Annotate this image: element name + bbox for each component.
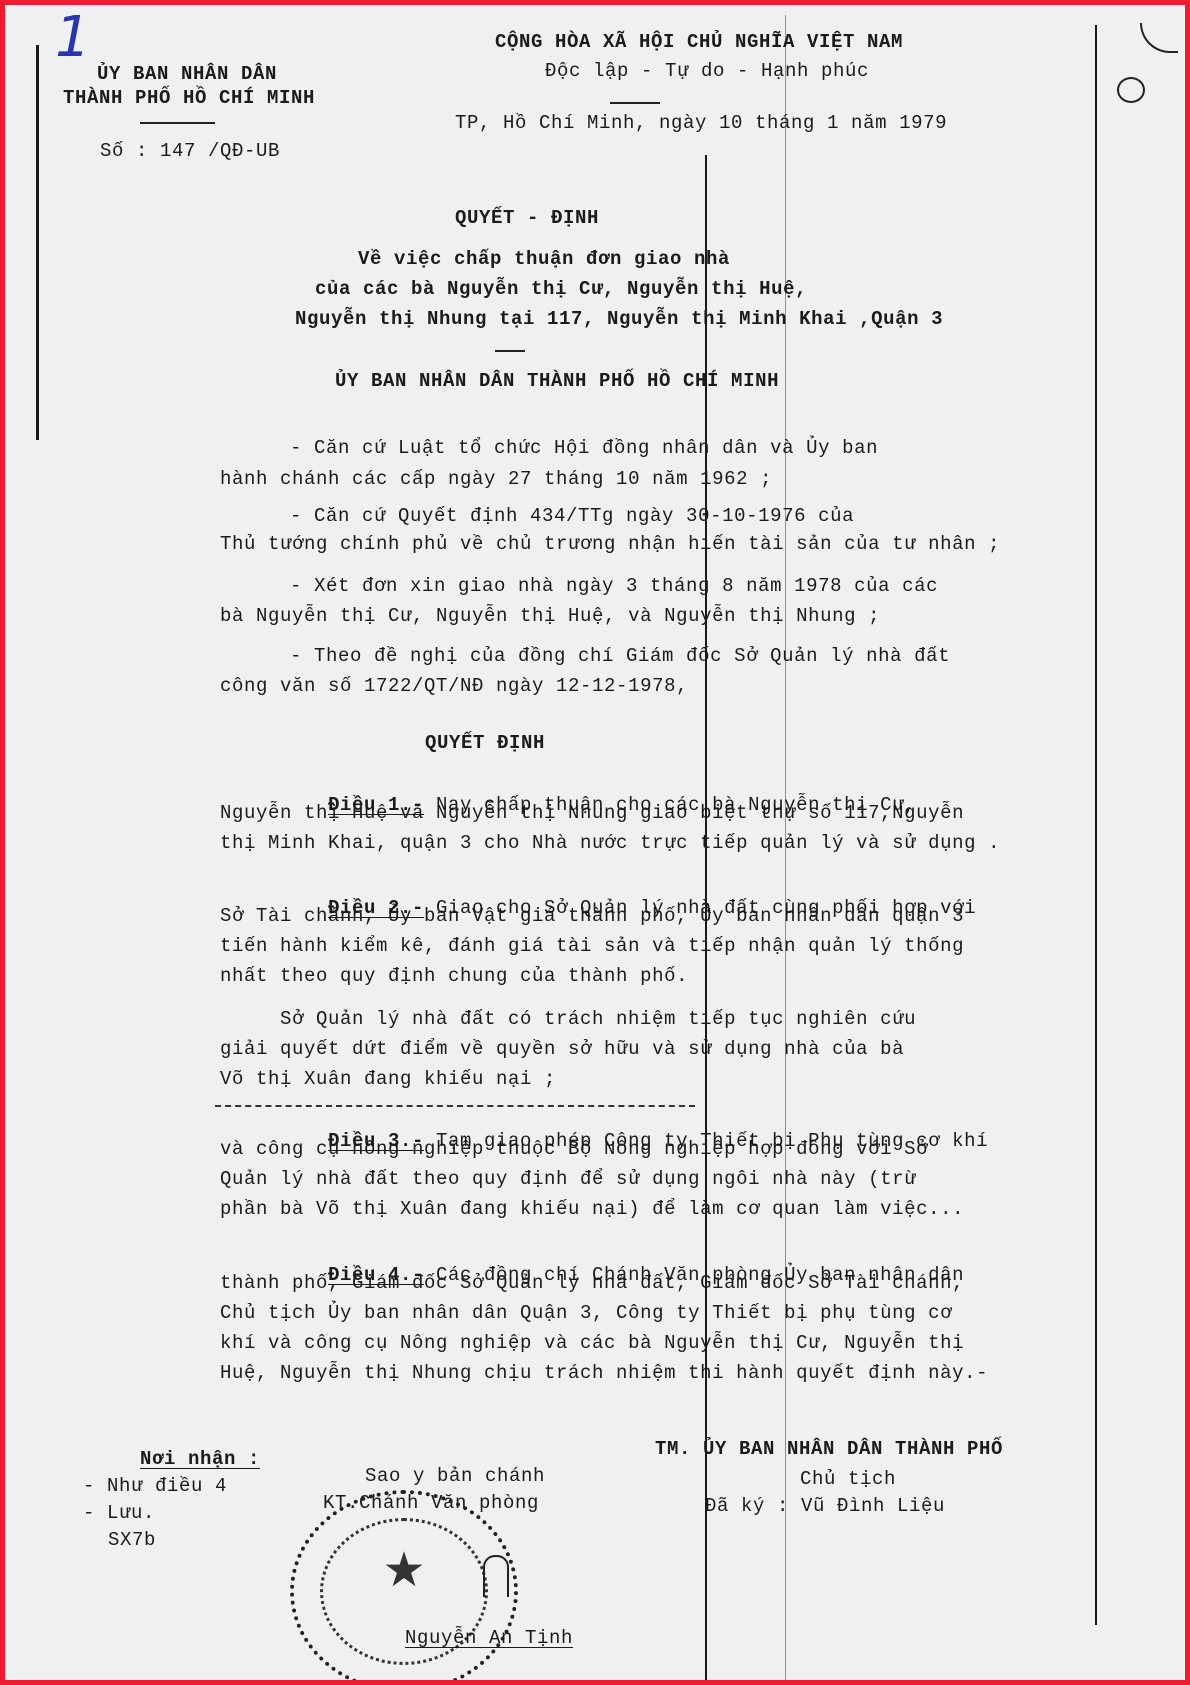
- right-margin-line: [1095, 25, 1097, 1625]
- preamble-3-line-1: - Xét đơn xin giao nhà ngày 3 tháng 8 nă…: [290, 575, 938, 597]
- article-3-line-4: phần bà Võ thị Xuân đang khiếu nại) để l…: [220, 1198, 964, 1220]
- preamble-4-line-2: công văn số 1722/QT/NĐ ngày 12-12-1978,: [220, 675, 688, 697]
- star-icon: ★: [294, 1542, 514, 1598]
- decision-heading: QUYẾT ĐỊNH: [425, 732, 545, 754]
- article-1-line-3: thị Minh Khai, quận 3 cho Nhà nước trực …: [220, 832, 1000, 854]
- preamble-3-line-2: bà Nguyễn thị Cư, Nguyễn thị Huệ, và Ngu…: [220, 605, 880, 627]
- article-4-line-4: khí và công cụ Nông nghiệp và các bà Ngu…: [220, 1332, 964, 1354]
- subject-line-3: Nguyễn thị Nhung tại 117, Nguyễn thị Min…: [295, 308, 943, 330]
- copy-certification: Sao y bản chánh: [365, 1465, 545, 1487]
- nation-line-2: Độc lập - Tự do - Hạnh phúc: [545, 60, 869, 82]
- signature-authority: TM. ỦY BAN NHÂN DÂN THÀNH PHỐ: [655, 1438, 1003, 1460]
- separator-line: [215, 1105, 695, 1107]
- copy-signer-name: Nguyễn An Tịnh: [405, 1627, 573, 1649]
- document-number: Số : 147 /QĐ-UB: [100, 140, 280, 162]
- motto-underline: [610, 102, 660, 104]
- article-1-line-2: Nguyễn thị Huệ và Nguyễn thị Nhung giao …: [220, 802, 964, 824]
- document-page: 1 ỦY BAN NHÂN DÂN THÀNH PHỐ HỒ CHÍ MINH …: [5, 5, 1185, 1680]
- article-4-line-3: Chủ tịch Ủy ban nhân dân Quận 3, Công ty…: [220, 1302, 952, 1324]
- subject-line-1: Về việc chấp thuận đơn giao nhà: [358, 248, 730, 270]
- article-4-line-2: thành phố, Giám đốc Sở Quản lý nhà đất, …: [220, 1272, 964, 1294]
- article-4-line-5: Huệ, Nguyễn thị Nhung chịu trách nhiệm t…: [220, 1362, 988, 1384]
- signature-signed-by: Đã ký : Vũ Đình Liệu: [705, 1495, 945, 1517]
- signature-title: Chủ tịch: [800, 1468, 896, 1490]
- recipient-1: - Như điều 4: [83, 1475, 227, 1497]
- article-2-line-2: Sở Tài chánh, Ủy ban Vật giá thành phố, …: [220, 905, 964, 927]
- issuing-authority: ỦY BAN NHÂN DÂN THÀNH PHỐ HỒ CHÍ MINH: [335, 370, 779, 392]
- circled-mark: [1117, 77, 1145, 103]
- issuer-line-2: THÀNH PHỐ HỒ CHÍ MINH: [63, 87, 315, 109]
- title-underline: [495, 350, 525, 352]
- issuer-underline: [140, 122, 215, 124]
- subject-line-2: của các bà Nguyễn thị Cư, Nguyễn thị Huệ…: [315, 278, 807, 300]
- article-3-line-3: Quản lý nhà đất theo quy định để sử dụng…: [220, 1168, 916, 1190]
- margin-page-number: 1: [55, 5, 91, 70]
- corner-mark: [1140, 23, 1178, 53]
- recipients-label: Nơi nhận :: [140, 1448, 260, 1470]
- issuer-line-1: ỦY BAN NHÂN DÂN: [97, 63, 277, 85]
- preamble-2-line-1: - Căn cứ Quyết định 434/TTg ngày 30-10-1…: [290, 505, 854, 527]
- preamble-4-line-1: - Theo đề nghị của đồng chí Giám đốc Sở …: [290, 645, 950, 667]
- recipient-3: SX7b: [108, 1529, 156, 1551]
- preamble-1-line-1: - Căn cứ Luật tổ chức Hội đồng nhân dân …: [290, 437, 878, 459]
- left-margin-line: [36, 45, 39, 440]
- article-2b-line-1: Sở Quản lý nhà đất có trách nhiệm tiếp t…: [280, 1008, 916, 1030]
- article-2-line-4: nhất theo quy định chung của thành phố.: [220, 965, 688, 987]
- place-date: TP, Hồ Chí Minh, ngày 10 tháng 1 năm 197…: [455, 112, 947, 134]
- article-3-line-2: và công cụ nông nghiệp thuộc Bộ Nông ngh…: [220, 1138, 928, 1160]
- preamble-1-line-2: hành chánh các cấp ngày 27 tháng 10 năm …: [220, 468, 772, 490]
- article-2b-line-2: giải quyết dứt điểm về quyền sở hữu và s…: [220, 1038, 904, 1060]
- article-2b-line-3: Võ thị Xuân đang khiếu nại ;: [220, 1068, 556, 1090]
- preamble-2-line-2: Thủ tướng chính phủ về chủ trương nhận h…: [220, 533, 1000, 555]
- decision-title: QUYẾT - ĐỊNH: [455, 207, 599, 229]
- handwritten-signature: [483, 1555, 509, 1597]
- recipient-2: - Lưu.: [83, 1502, 155, 1524]
- nation-line-1: CỘNG HÒA XÃ HỘI CHỦ NGHĨA VIỆT NAM: [495, 31, 903, 53]
- article-2-line-3: tiến hành kiểm kê, đánh giá tài sản và t…: [220, 935, 964, 957]
